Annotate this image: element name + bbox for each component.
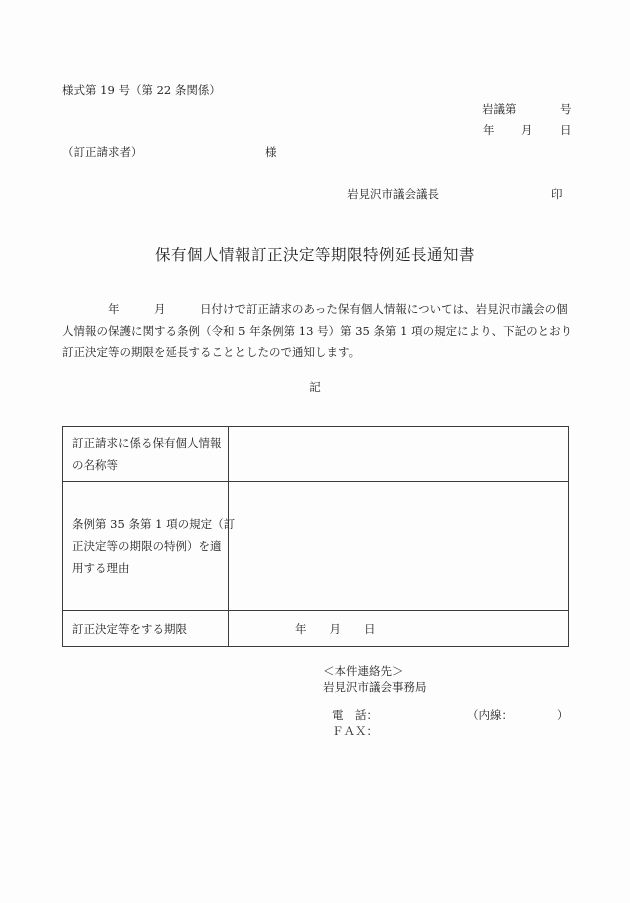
body-line-3: 訂正決定等の期限を延長することとしたので通知します。 xyxy=(62,342,574,364)
date-month-label: 月 xyxy=(521,122,533,138)
row3-label-cell: 訂正決定等をする期限 xyxy=(63,611,229,647)
table-row: 訂正決定等をする期限 年 月 日 xyxy=(63,611,569,647)
contact-office: 岩見沢市議会事務局 xyxy=(323,679,427,695)
date-year-label: 年 xyxy=(483,122,495,138)
phone-label: 電 話： xyxy=(332,707,378,723)
fax-label: ＦＡＸ： xyxy=(332,723,378,739)
row1-label-cell: 訂正請求に係る保有個人情報 の名称等 xyxy=(63,427,229,482)
sender-seal: 印 xyxy=(551,186,563,202)
row3-label-line1: 訂正決定等をする期限 xyxy=(72,618,227,640)
row2-label-line1: 条例第 35 条第 1 項の規定（訂 xyxy=(72,513,227,535)
extension-close-paren: ） xyxy=(557,707,569,723)
document-page: 様式第 19 号（第 22 条関係） 岩議第 号 年 月 日 （訂正請求者） 様… xyxy=(0,0,630,903)
contact-heading: ＜本件連絡先＞ xyxy=(323,663,404,679)
row2-label-line2: 正決定等の期限の特例）を適 xyxy=(72,535,227,557)
row2-label-line3: 用する理由 xyxy=(72,557,227,579)
row1-label-line2: の名称等 xyxy=(72,454,227,476)
date-day-label: 日 xyxy=(560,122,572,138)
body-line-1: 年 月 日付けで訂正請求のあった保有個人情報については、岩見沢市議会の個 xyxy=(62,299,574,321)
addressee-label: （訂正請求者） xyxy=(62,144,143,160)
doc-number-suffix: 号 xyxy=(560,101,572,117)
deadline-date-placeholder: 年 月 日 xyxy=(295,622,376,636)
row1-value-cell xyxy=(229,427,569,482)
body-line-2: 人情報の保護に関する条例（令和 5 年条例第 13 号）第 35 条第 1 項の… xyxy=(62,321,574,343)
table-row: 訂正請求に係る保有個人情報 の名称等 xyxy=(63,427,569,482)
addressee-honorific: 様 xyxy=(265,144,277,160)
form-number: 様式第 19 号（第 22 条関係） xyxy=(62,82,221,98)
document-title: 保有個人情報訂正決定等期限特例延長通知書 xyxy=(0,243,630,265)
sender-name: 岩見沢市議会議長 xyxy=(347,186,439,202)
row1-label-line1: 訂正請求に係る保有個人情報 xyxy=(72,432,227,454)
doc-number-prefix: 岩議第 xyxy=(482,101,517,117)
body-paragraph: 年 月 日付けで訂正請求のあった保有個人情報については、岩見沢市議会の個 人情報… xyxy=(62,299,574,364)
table-row: 条例第 35 条第 1 項の規定（訂 正決定等の期限の特例）を適 用する理由 xyxy=(63,482,569,611)
row2-label-cell: 条例第 35 条第 1 項の規定（訂 正決定等の期限の特例）を適 用する理由 xyxy=(63,482,229,611)
row3-value-cell: 年 月 日 xyxy=(229,611,569,647)
row2-value-cell xyxy=(229,482,569,611)
record-marker: 記 xyxy=(0,379,630,395)
extension-label: （内線： xyxy=(467,707,513,723)
form-table: 訂正請求に係る保有個人情報 の名称等 条例第 35 条第 1 項の規定（訂 正決… xyxy=(62,426,569,647)
